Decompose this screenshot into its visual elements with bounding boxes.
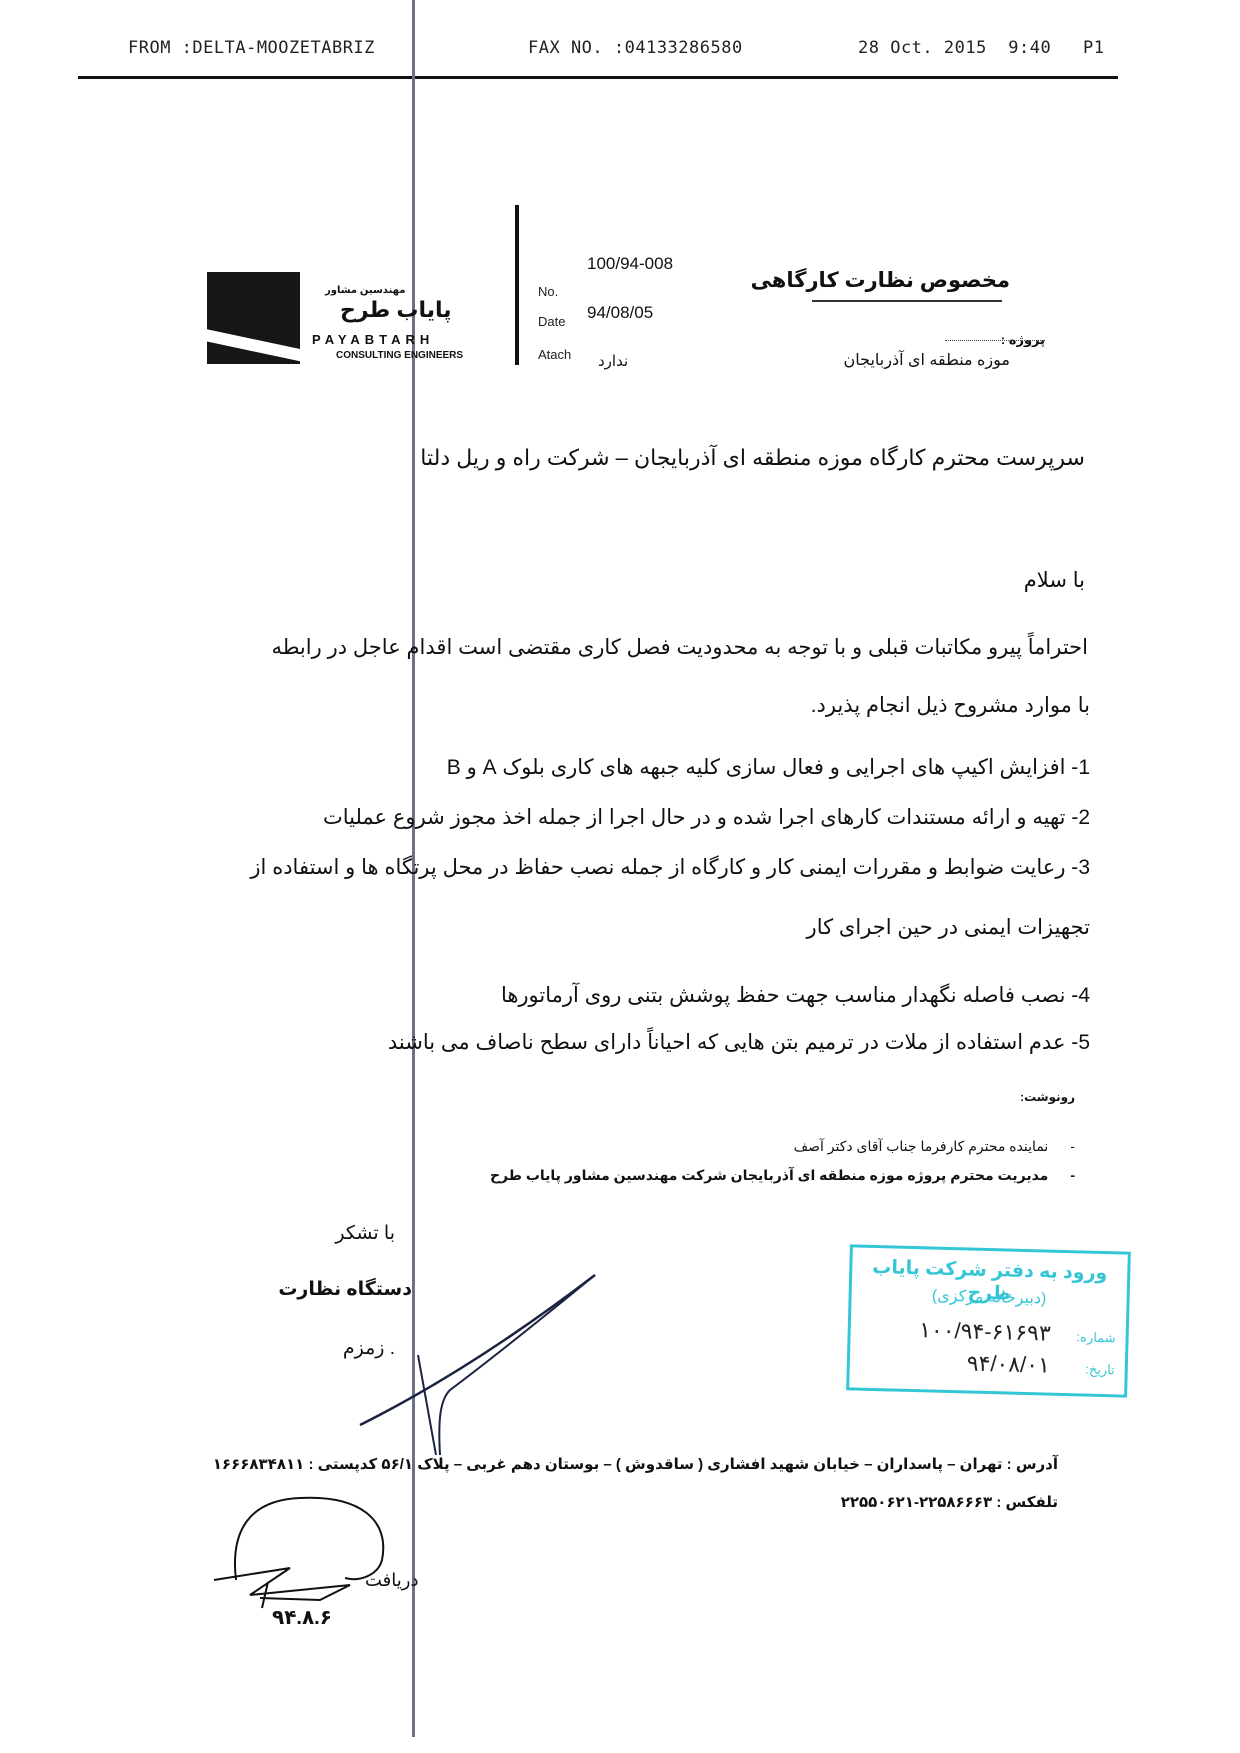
attach-label: Atach <box>538 347 571 362</box>
fax-number: FAX NO. :04133286580 <box>528 38 743 58</box>
title-rule <box>812 300 1002 302</box>
project-value: موزه منطقه ای آذربایجان <box>844 350 1010 370</box>
cc-item-text: نماینده محترم کارفرما جناب آقای دکتر آصف <box>794 1138 1049 1154</box>
logo-en-name: PAYABTARH <box>312 332 434 347</box>
intro-line-2: با موارد مشروح ذیل انجام پذیرد. <box>811 693 1090 718</box>
logo-fa-name: پایاب طرح <box>340 297 452 323</box>
list-item: 3- رعایت ضوابط و مقررات ایمنی کار و کارگ… <box>250 855 1090 880</box>
logo-en-subtitle: CONSULTING ENGINEERS <box>336 350 463 361</box>
meta-divider <box>515 205 519 365</box>
footer-address: آدرس : تهران – پاسداران – خیابان شهید اف… <box>213 1455 1058 1473</box>
list-item: 5- عدم استفاده از ملات در ترمیم بتن هایی… <box>388 1030 1090 1055</box>
cc-dash: - <box>1070 1138 1075 1154</box>
number-label: No. <box>538 284 558 299</box>
fax-page: P1 <box>1083 38 1104 58</box>
list-item-continued: تجهیزات ایمنی در حین اجرای کار <box>807 915 1090 940</box>
stamp-date-label: تاریخ: <box>1085 1362 1115 1379</box>
cc-dash: - <box>1070 1167 1075 1183</box>
fax-from: FROM :DELTA-MOOZETABRIZ <box>128 38 375 58</box>
attach-value: ندارد <box>598 352 628 370</box>
received-note: دریافت <box>365 1570 418 1591</box>
list-item: 2- تهیه و ارائه مستندات کارهای اجرا شده … <box>323 805 1090 830</box>
cc-item: -مدیریت محترم پروژه موزه منطقه ای آذربای… <box>490 1167 1075 1184</box>
greeting: با سلام <box>1024 568 1085 593</box>
project-rule <box>945 340 1045 341</box>
signature-icon <box>340 1230 620 1460</box>
letter-date: 94/08/05 <box>587 303 653 323</box>
logo-fa-subtitle: مهندسین مشاور <box>325 285 405 296</box>
header-rule <box>78 76 1118 79</box>
stamp-number-value: ۱۰۰/۹۴-۶۱۶۹۳ <box>919 1317 1051 1346</box>
cc-item-text: مدیریت محترم پروژه موزه منطقه ای آذربایج… <box>490 1167 1048 1183</box>
footer-telfax: تلفکس : ۲۲۵۸۶۶۶۳-۲۲۵۵۰۶۲۱ <box>841 1493 1058 1511</box>
received-stamp: ورود به دفتر شرکت پایاب طرح (دبیرخانه مر… <box>846 1244 1131 1397</box>
list-item: 1- افزایش اکیپ های اجرایی و فعال سازی کل… <box>447 755 1090 780</box>
list-item: 4- نصب فاصله نگهدار مناسب جهت حفظ پوشش ب… <box>501 983 1090 1008</box>
cc-label: رونوشت: <box>1020 1090 1075 1104</box>
logo-stripe <box>207 328 300 364</box>
received-date: ۹۴.۸.۶ <box>272 1605 332 1630</box>
payabtarh-logo-icon <box>207 272 300 364</box>
stamp-number-label: شماره: <box>1076 1329 1115 1346</box>
stamp-date-value: ۹۴/۰۸/۰۱ <box>966 1350 1050 1378</box>
fax-datetime: 28 Oct. 2015 9:40 <box>858 38 1051 58</box>
recipient-line: سرپرست محترم کارگاه موزه منطقه ای آذربای… <box>420 445 1085 471</box>
letter-number: 100/94-008 <box>587 254 673 274</box>
date-label: Date <box>538 314 565 329</box>
cc-item: -نماینده محترم کارفرما جناب آقای دکتر آص… <box>794 1138 1075 1155</box>
letterhead-title: مخصوص نظارت کارگاهی <box>751 268 1010 293</box>
intro-line-1: احتراماً پیرو مکاتبات قبلی و با توجه به … <box>271 635 1088 660</box>
